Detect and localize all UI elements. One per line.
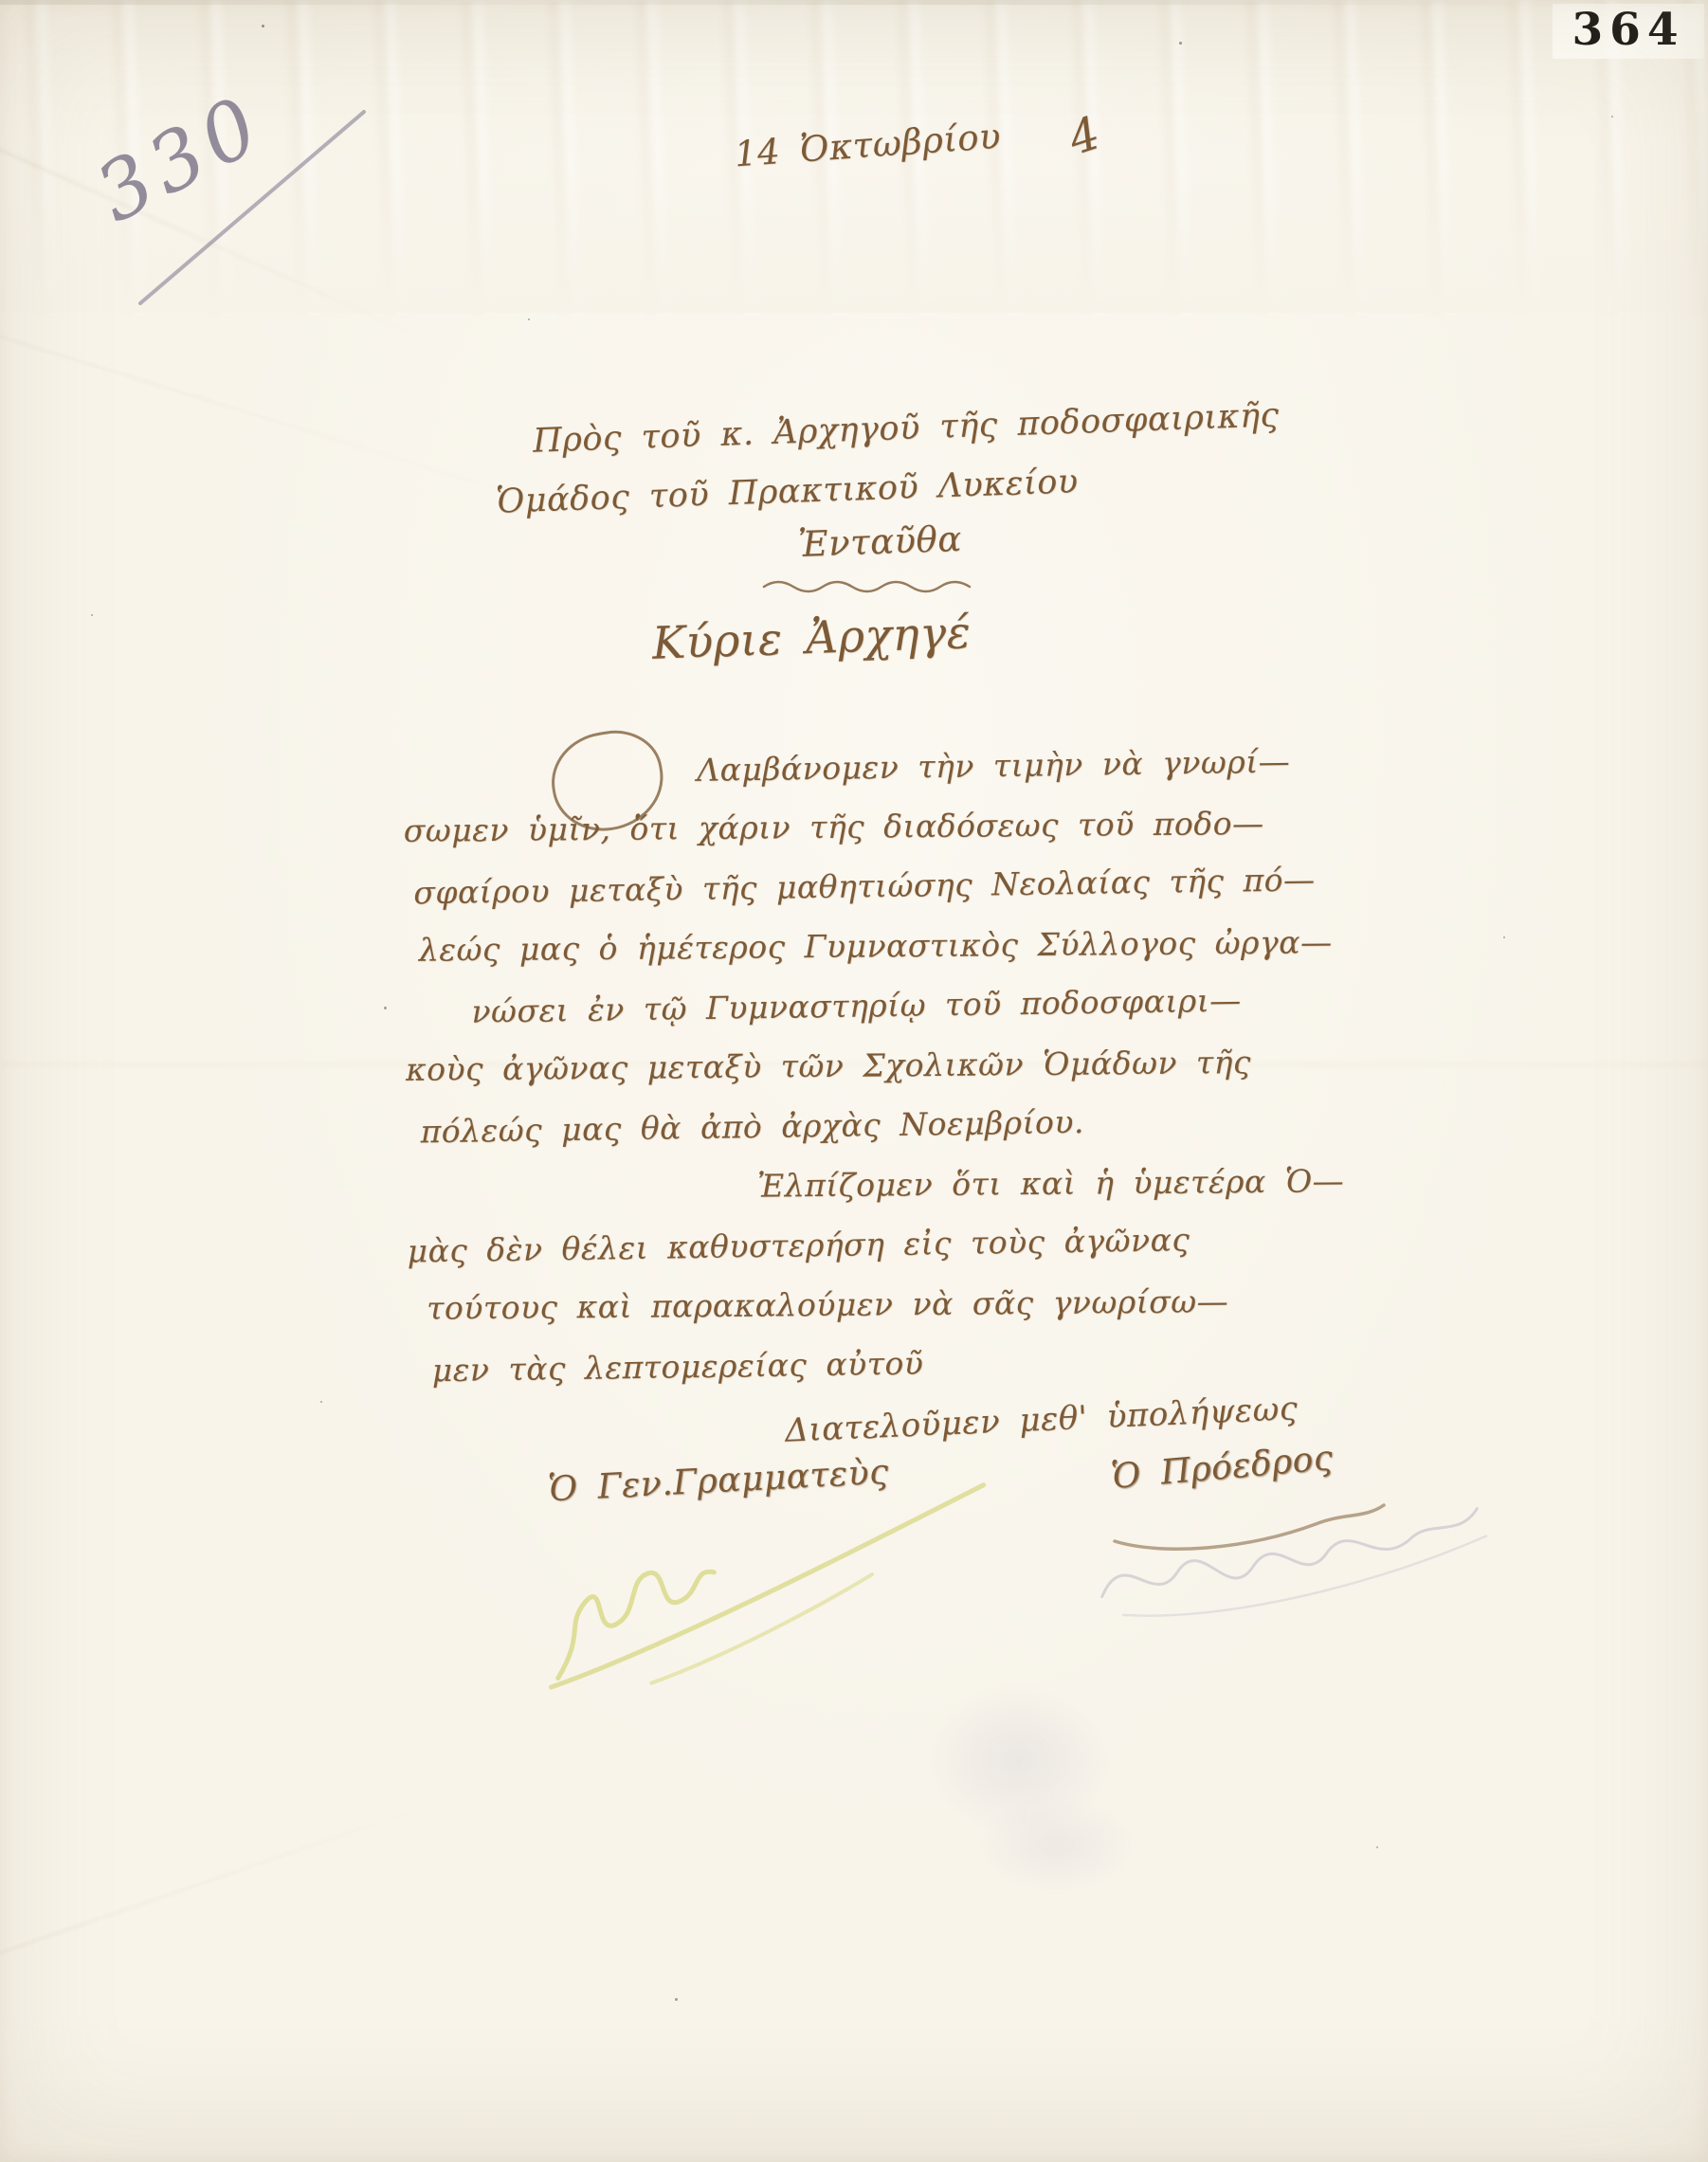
body-line: Ἐλπίζομεν ὅτι καὶ ἡ ὑμετέρα Ὁ—: [757, 1155, 1242, 1219]
body-line: τούτους καὶ παρακαλούμεν νὰ σᾶς γνωρίσω—: [427, 1275, 1243, 1342]
paper-speck: [1376, 1846, 1378, 1848]
paper-speck: [675, 1998, 678, 2001]
paper-speck: [528, 318, 530, 320]
paper-crease: [0, 328, 555, 507]
archive-number-stamp: 364: [1553, 4, 1704, 59]
body-line: σωμεν ὑμῖν, ὅτι χάριν τῆς διαδόσεως τοῦ …: [404, 797, 1239, 864]
body-line: μεν τὰς λεπτομερείας αὐτοῦ: [431, 1333, 1243, 1405]
letter-body: Λαμβάνομεν τὴν τιμὴν νὰ γνωρί— σωμεν ὑμῖ…: [403, 737, 1243, 1402]
paper-speck: [1179, 42, 1182, 45]
paper-crease: [0, 1800, 441, 1975]
recipient-line: Ὁμάδος τοῦ Πρακτικοῦ Λυκείου: [495, 463, 1079, 520]
paper-speck: [1503, 936, 1505, 938]
ink-bleed-stain: [886, 1654, 1180, 1919]
paper-speck: [320, 1401, 322, 1403]
body-line: Λαμβάνομεν τὴν τιμὴν νὰ γνωρί—: [697, 736, 1238, 803]
salutation: Κύριε Ἀρχηγέ: [651, 607, 972, 670]
body-line: λεώς μας ὁ ἡμέτερος Γυμναστικὸς Σύλλογος…: [419, 917, 1240, 984]
valediction: Διατελοῦμεν μεθ' ὑπολήψεως: [784, 1390, 1299, 1450]
body-line: σφαίρου μεταξὺ τῆς μαθητιώσης Νεολαίας τ…: [413, 855, 1239, 927]
body-line: μὰς δὲν θέλει καθυστερήση εἰς τοὺς ἀγῶνα…: [407, 1212, 1242, 1284]
body-line: κοὺς ἀγῶνας μεταξὺ τῶν Σχολικῶν Ὁμάδων τ…: [406, 1036, 1241, 1103]
scanned-letter-page: 364 330 14 Ὀκτωβρίου 4 Πρὸς τοῦ κ. Ἀρχηγ…: [0, 0, 1708, 2162]
paper-speck: [91, 614, 93, 616]
paper-speck: [1611, 116, 1613, 118]
recipient-line: Πρὸς τοῦ κ. Ἀρχηγοῦ τῆς ποδοσφαιρικῆς: [533, 396, 1281, 460]
pencil-slash-mark: [83, 91, 387, 318]
body-line: πόλεώς μας θὰ ἀπὸ ἀρχὰς Νοεμβρίου.: [420, 1094, 1241, 1166]
recipient-line-entautha: Ἐνταῦθα: [797, 518, 962, 565]
entautha-underline: [758, 574, 995, 599]
president-signature-flourish: [1107, 1486, 1391, 1562]
body-line: νώσει ἐν τῷ Γυμναστηρίῳ τοῦ ποδοσφαιρι—: [471, 974, 1240, 1045]
scan-top-edge-shadow: [0, 0, 1708, 5]
paper-speck: [262, 25, 264, 27]
paper-speck: [384, 1007, 387, 1009]
